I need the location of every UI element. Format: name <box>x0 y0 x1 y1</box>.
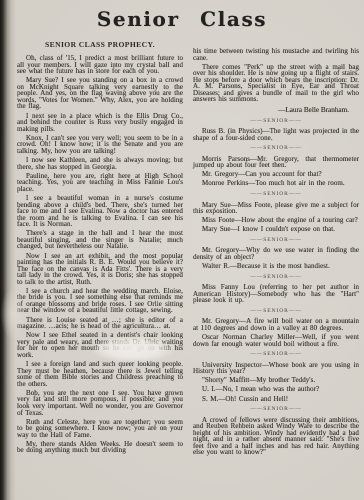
joke-paragraph: Mr. Gregory—A fire will boil water on a … <box>193 318 359 331</box>
senior-divider: ——SENIOR—— <box>193 118 359 124</box>
prophecy-paragraph: There is Louise seated at …; she is edit… <box>17 317 183 330</box>
senior-divider: ——SENIOR—— <box>193 237 359 243</box>
senior-divider: ——SENIOR—— <box>193 145 359 151</box>
joke-paragraph: S. M.—Oh! Cussin and Hell! <box>193 396 359 403</box>
joke-paragraph: University Inspector—Whose book are you … <box>193 362 359 375</box>
joke-paragraph: Mr. Gregory—Why do we use water in findi… <box>193 247 359 260</box>
author-signature: —Laura Belle Branham. <box>193 106 359 114</box>
prophecy-paragraph: I see a beautiful woman in a nurse's cos… <box>17 195 183 228</box>
joke-paragraph: "Shorty" Maffitt—My brother Teddy's. <box>193 377 359 384</box>
joke-paragraph: Monroe Perkins—Too much hot air in the r… <box>193 180 359 187</box>
joke-paragraph: There comes "Perk" up the street with a … <box>193 64 359 103</box>
senior-divider: ——SENIOR—— <box>193 191 359 197</box>
prophecy-paragraph: Ruth and Celeste, here you are together;… <box>17 419 183 439</box>
right-column: his time between twisting his mustache a… <box>193 35 359 458</box>
prophecy-paragraph: Now I see an art exhibit, and the most p… <box>17 253 183 286</box>
left-column: SENIOR CLASS PROPHECY. Oh, class of '15,… <box>17 35 183 458</box>
joke-paragraph: Mary Sue—Miss Foote, please give me a su… <box>193 202 359 215</box>
prophecy-paragraph: Mary Sue? I see you standing on a box in… <box>17 77 183 110</box>
text-columns: SENIOR CLASS PROPHECY. Oh, class of '15,… <box>0 31 364 458</box>
page-title: Senior Class <box>0 0 364 31</box>
prophecy-paragraph: My, there stands Alden Weeks. He doesn't… <box>17 441 183 454</box>
joke-paragraph: U. I.—No, I mean who was the author? <box>193 386 359 393</box>
joke-paragraph: Mary Sue—I know I couldn't expose on tha… <box>193 226 359 233</box>
senior-divider: ——SENIOR—— <box>193 308 359 314</box>
prophecy-paragraph: I see a foreign land and such queer look… <box>17 361 183 387</box>
joke-paragraph: Oscar Norman Charley Miller—Well, if you… <box>193 334 359 347</box>
joke-paragraph: Walter R.—Because it is the most handies… <box>193 263 359 270</box>
joke-paragraph: A crowd of fellows were discussing their… <box>193 417 359 456</box>
right-column-blocks: his time between twisting his mustache a… <box>193 48 359 456</box>
binding-shadow <box>0 0 16 500</box>
joke-paragraph: Miss Foote—How about the engine of a tou… <box>193 217 359 224</box>
joke-paragraph: his time between twisting his mustache a… <box>193 48 359 61</box>
prophecy-paragraph: There's a stage in the hall and I hear t… <box>17 230 183 250</box>
prophecy-paragraph: Knox, I can't see you very well; you see… <box>17 135 183 155</box>
prophecy-paragraph: I now see Kathleen, and she is always mo… <box>17 157 183 170</box>
prophecy-paragraph: Pauline, here you are, right here at Hig… <box>17 173 183 193</box>
left-column-paragraphs: Oh, class of '15, I predict a most brill… <box>17 55 183 454</box>
prophecy-paragraph: Bob, you are the next one I see. You hav… <box>17 390 183 416</box>
section-heading: SENIOR CLASS PROPHECY. <box>17 40 183 49</box>
joke-paragraph: Russ B. (in Physics)—The light was proje… <box>193 128 359 141</box>
yearbook-page: Senior Class SENIOR CLASS PROPHECY. Oh, … <box>0 0 364 500</box>
senior-divider: ——SENIOR—— <box>193 406 359 412</box>
joke-paragraph: Morris Parsons—Mr. Gregory, that thermom… <box>193 156 359 169</box>
joke-paragraph: Mr. Gregory—Can you account for that? <box>193 171 359 178</box>
prophecy-paragraph: Now I see Ethel seated in a dentist's ch… <box>17 332 183 358</box>
prophecy-paragraph: I see a church and hear the wedding marc… <box>17 288 183 314</box>
senior-divider: ——SENIOR—— <box>193 351 359 357</box>
senior-divider: ——SENIOR—— <box>193 274 359 280</box>
prophecy-paragraph: I next see in a place which is the Ellis… <box>17 113 183 133</box>
joke-paragraph: Miss Fanny Lou (referring to her pet aut… <box>193 284 359 304</box>
prophecy-paragraph: Oh, class of '15, I predict a most brill… <box>17 55 183 75</box>
